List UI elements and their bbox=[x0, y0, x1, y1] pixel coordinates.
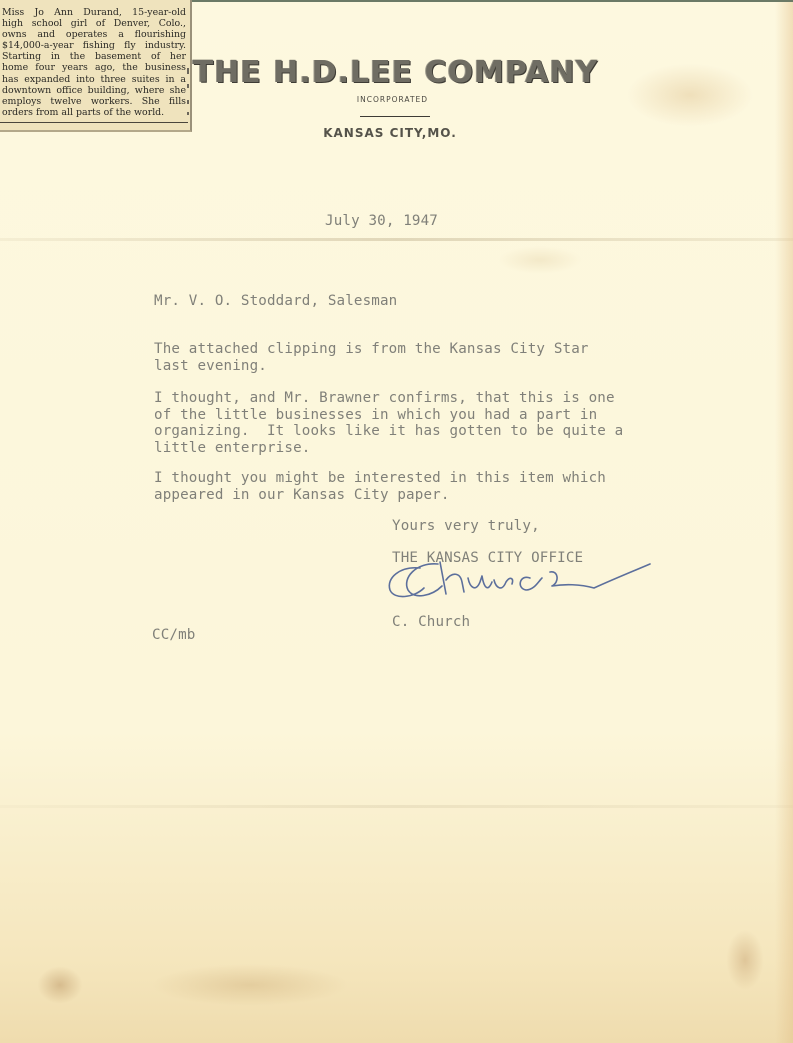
handwritten-signature bbox=[380, 548, 660, 608]
letterhead-city: KANSAS CITY,MO. bbox=[310, 126, 470, 140]
paper-fold-upper bbox=[0, 238, 793, 241]
letterhead-incorporated: INCORPORATED bbox=[330, 95, 455, 104]
letterhead-company-name: THE H.D.LEE COMPANY bbox=[188, 55, 603, 90]
letter-recipient: Mr. V. O. Stoddard, Salesman bbox=[154, 293, 397, 310]
clipping-line: high school girl of Denver, Colo., bbox=[2, 18, 186, 29]
newspaper-clipping: Miss Jo Ann Durand, 15-year-old high sch… bbox=[0, 0, 192, 132]
letter-signer: C. Church bbox=[392, 614, 470, 631]
clipping-rule bbox=[0, 122, 188, 123]
letter-initials: CC/mb bbox=[152, 627, 195, 644]
clipping-line: employs twelve workers. She fills bbox=[2, 96, 186, 107]
clipping-line: Miss Jo Ann Durand, 15-year-old bbox=[2, 7, 186, 18]
clipping-line: orders from all parts of the world. bbox=[2, 107, 186, 118]
clipping-line: Starting in the basement of her bbox=[2, 51, 186, 62]
letterhead-rule bbox=[360, 116, 430, 117]
clipping-line: downtown office building, where she bbox=[2, 85, 186, 96]
clipping-line: home four years ago, the business bbox=[2, 62, 186, 73]
letter-paragraph-1: The attached clipping is from the Kansas… bbox=[154, 341, 589, 374]
clipping-line: $14,000-a-year fishing fly industry. bbox=[2, 40, 186, 51]
letter-paragraph-3: I thought you might be interested in thi… bbox=[154, 470, 606, 503]
letter-date: July 30, 1947 bbox=[325, 213, 438, 230]
clipping-line: owns and operates a flourishing bbox=[2, 29, 186, 40]
letter-closing: Yours very truly, bbox=[392, 518, 540, 535]
paper-fold-lower bbox=[0, 805, 793, 808]
clipping-line: has expanded into three suites in a bbox=[2, 74, 186, 85]
paper-edge-stain bbox=[775, 0, 793, 1043]
letter-paragraph-2: I thought, and Mr. Brawner confirms, tha… bbox=[154, 390, 623, 456]
scan-edge bbox=[190, 0, 793, 2]
